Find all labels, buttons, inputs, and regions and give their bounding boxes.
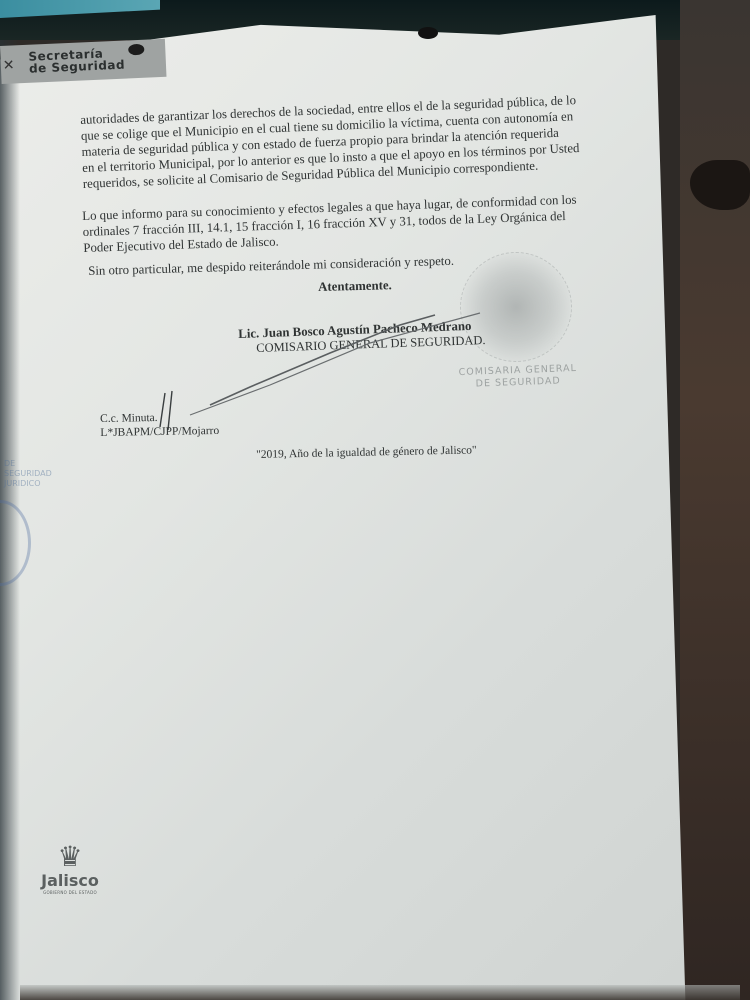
background-right	[680, 0, 750, 1000]
letterhead-band: ✕ Secretaría de Seguridad	[0, 39, 167, 84]
partial-stamp: DE SEGURIDAD JURIDICO	[0, 455, 60, 575]
ink-dot	[128, 44, 144, 56]
salutation: Atentamente.	[318, 277, 392, 295]
stamp-ring	[0, 500, 31, 586]
copy-references: C.c. Minuta. L*JBAPM/CJPP/Mojarro	[100, 410, 219, 440]
emblem-icon: ✕	[3, 57, 15, 73]
punch-hole	[418, 27, 438, 39]
department-name: Secretaría de Seguridad	[28, 47, 125, 75]
page-bottom-edge	[20, 985, 740, 1000]
jalisco-logo: ♛ Jalisco GOBIERNO DEL ESTADO	[30, 842, 110, 912]
logo-name: Jalisco	[30, 872, 110, 890]
crown-icon: ♛	[30, 842, 110, 872]
logo-subtitle: GOBIERNO DEL ESTADO	[30, 890, 110, 895]
